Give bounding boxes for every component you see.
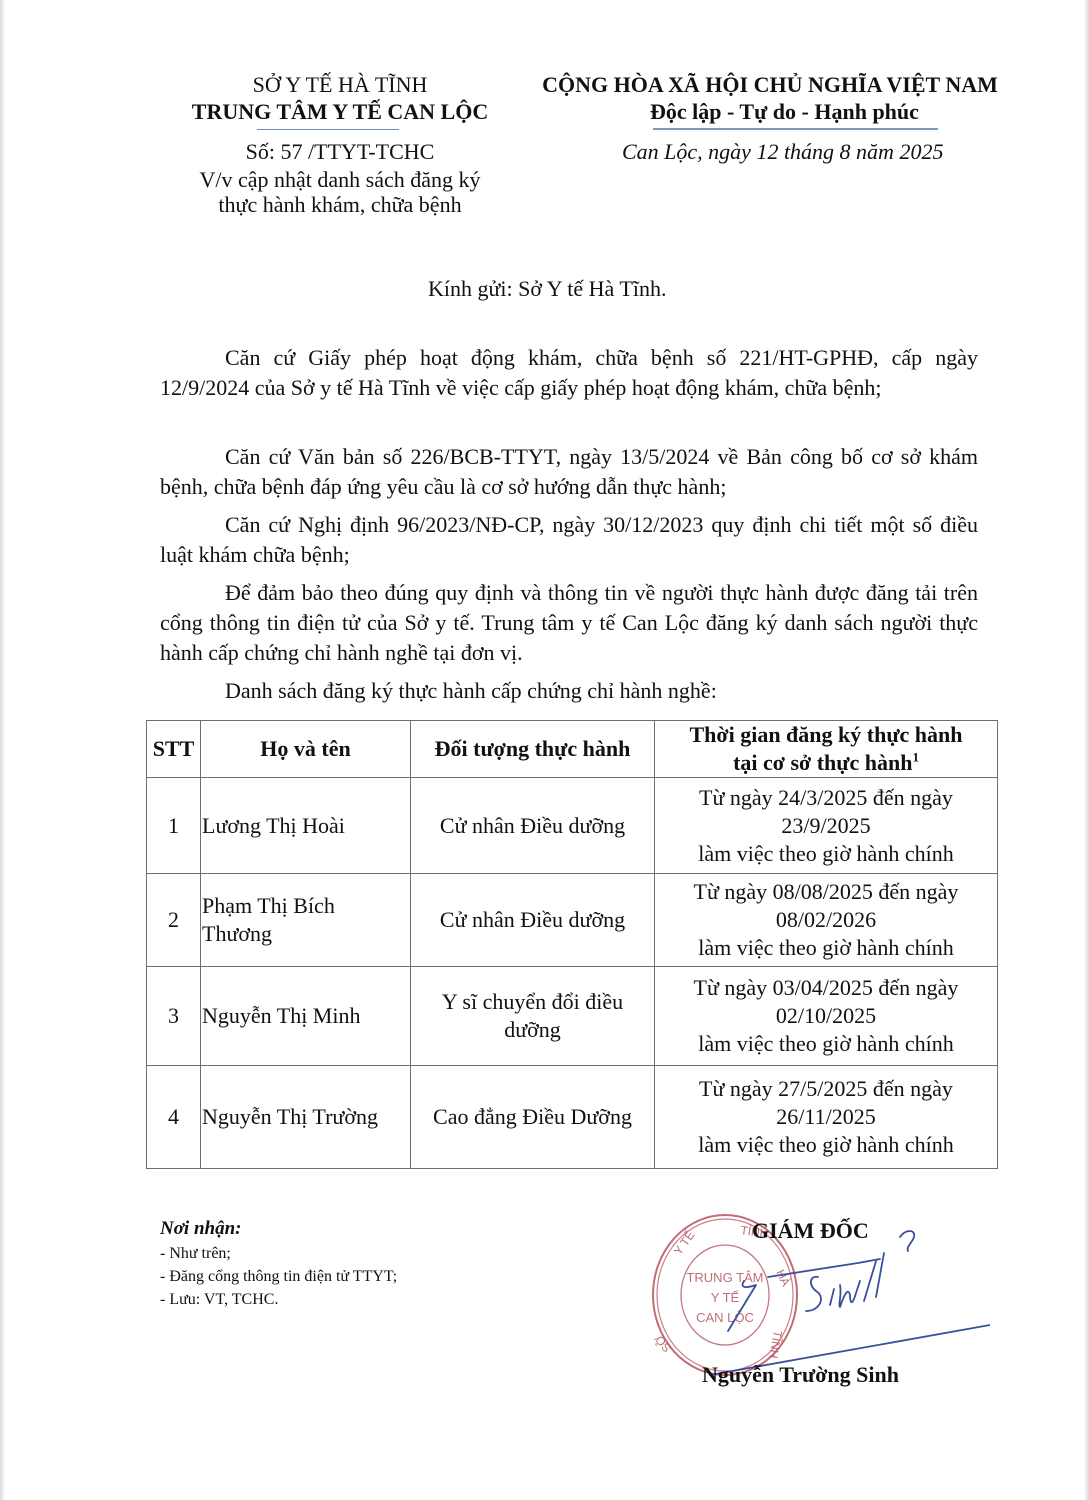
- document-number: Số: 57 /TTYT-TCHC: [140, 139, 540, 165]
- document-subject-line1: V/v cập nhật danh sách đăng ký: [140, 167, 540, 193]
- recipient-line: Kính gửi: Sở Y tế Hà Tĩnh.: [428, 276, 666, 302]
- place-date: Can Lộc, ngày 12 tháng 8 năm 2025: [622, 139, 943, 165]
- header-time-line2: tại cơ sở thực hành: [733, 750, 912, 775]
- recipients-item: - Đăng cổng thông tin điện tử TTYT;: [160, 1268, 397, 1286]
- time-to: 26/11/2025: [776, 1104, 875, 1129]
- body-paragraph: Căn cứ Văn bản số 226/BCB-TTYT, ngày 13/…: [160, 442, 978, 502]
- recipients-item: - Như trên;: [160, 1245, 231, 1263]
- practitioner-table: STT Họ và tên Đối tượng thực hành Thời g…: [146, 720, 998, 1169]
- time-from: Từ ngày 03/04/2025 đến ngày: [694, 975, 959, 1000]
- time-note: làm việc theo giờ hành chính: [698, 841, 953, 866]
- cell-name: Lương Thị Hoài: [201, 778, 411, 874]
- body-paragraph: Căn cứ Giấy phép hoạt động khám, chữa bệ…: [160, 343, 978, 403]
- recipients-title: Nơi nhận:: [160, 1218, 241, 1240]
- national-motto: Độc lập - Tự do - Hạnh phúc: [650, 99, 919, 125]
- header-time-line1: Thời gian đăng ký thực hành: [690, 722, 963, 747]
- time-note: làm việc theo giờ hành chính: [698, 1031, 953, 1056]
- cell-name: Phạm Thị Bích Thương: [201, 874, 411, 967]
- svg-text:SỞ: SỞ: [651, 1332, 675, 1356]
- time-note: làm việc theo giờ hành chính: [698, 1132, 953, 1157]
- header-stt: STT: [147, 721, 201, 778]
- time-from: Từ ngày 27/5/2025 đến ngày: [699, 1076, 953, 1101]
- cell-stt: 4: [147, 1066, 201, 1169]
- header-time: Thời gian đăng ký thực hành tại cơ sở th…: [655, 721, 998, 778]
- cell-time: Từ ngày 24/3/2025 đến ngày 23/9/2025 làm…: [655, 778, 998, 874]
- issuing-unit: TRUNG TÂM Y TẾ CAN LỘC: [140, 99, 540, 125]
- cell-stt: 3: [147, 967, 201, 1066]
- body-paragraph: Để đảm bảo theo đúng quy định và thông t…: [160, 578, 978, 668]
- body-paragraph: Căn cứ Nghị định 96/2023/NĐ-CP, ngày 30/…: [160, 510, 978, 570]
- time-to: 23/9/2025: [781, 813, 870, 838]
- table-header-row: STT Họ và tên Đối tượng thực hành Thời g…: [147, 721, 998, 778]
- time-from: Từ ngày 08/08/2025 đến ngày: [694, 879, 959, 904]
- document-subject-line2: thực hành khám, chữa bệnh: [140, 192, 540, 218]
- svg-text:Y TẾ: Y TẾ: [670, 1228, 697, 1258]
- table-row: 1 Lương Thị Hoài Cử nhân Điều dưỡng Từ n…: [147, 778, 998, 874]
- cell-stt: 2: [147, 874, 201, 967]
- header-name: Họ và tên: [201, 721, 411, 778]
- time-note: làm việc theo giờ hành chính: [698, 935, 953, 960]
- table-row: 3 Nguyễn Thị Minh Y sĩ chuyển đổi điều d…: [147, 967, 998, 1066]
- time-from: Từ ngày 24/3/2025 đến ngày: [699, 785, 953, 810]
- table-intro: Danh sách đăng ký thực hành cấp chứng ch…: [160, 676, 978, 706]
- header-role: Đối tượng thực hành: [411, 721, 655, 778]
- cell-stt: 1: [147, 778, 201, 874]
- cell-time: Từ ngày 03/04/2025 đến ngày 02/10/2025 l…: [655, 967, 998, 1066]
- recipients-item: - Lưu: VT, TCHC.: [160, 1291, 278, 1309]
- cell-role: Cử nhân Điều dưỡng: [411, 874, 655, 967]
- unit-underline: [257, 129, 399, 130]
- page-edge-left: [0, 0, 5, 1500]
- cell-role: Cao đẳng Điều Dưỡng: [411, 1066, 655, 1169]
- cell-name: Nguyễn Thị Trường: [201, 1066, 411, 1169]
- footnote-marker: 1: [912, 750, 919, 765]
- cell-time: Từ ngày 08/08/2025 đến ngày 08/02/2026 l…: [655, 874, 998, 967]
- signer-name: Nguyễn Trường Sinh: [702, 1362, 899, 1388]
- cell-role: Y sĩ chuyển đổi điều dưỡng: [411, 967, 655, 1066]
- motto-underline: [653, 128, 938, 130]
- time-to: 08/02/2026: [776, 907, 876, 932]
- cell-name: Nguyễn Thị Minh: [201, 967, 411, 1066]
- time-to: 02/10/2025: [776, 1003, 876, 1028]
- table-row: 2 Phạm Thị Bích Thương Cử nhân Điều dưỡn…: [147, 874, 998, 967]
- handwritten-signature-icon: [700, 1215, 990, 1385]
- national-title: CỘNG HÒA XÃ HỘI CHỦ NGHĨA VIỆT NAM: [510, 72, 1030, 98]
- issuing-organization: SỞ Y TẾ HÀ TĨNH: [140, 72, 540, 98]
- cell-role: Cử nhân Điều dưỡng: [411, 778, 655, 874]
- page-edge-right: [1084, 0, 1089, 1500]
- cell-time: Từ ngày 27/5/2025 đến ngày 26/11/2025 là…: [655, 1066, 998, 1169]
- table-row: 4 Nguyễn Thị Trường Cao đẳng Điều Dưỡng …: [147, 1066, 998, 1169]
